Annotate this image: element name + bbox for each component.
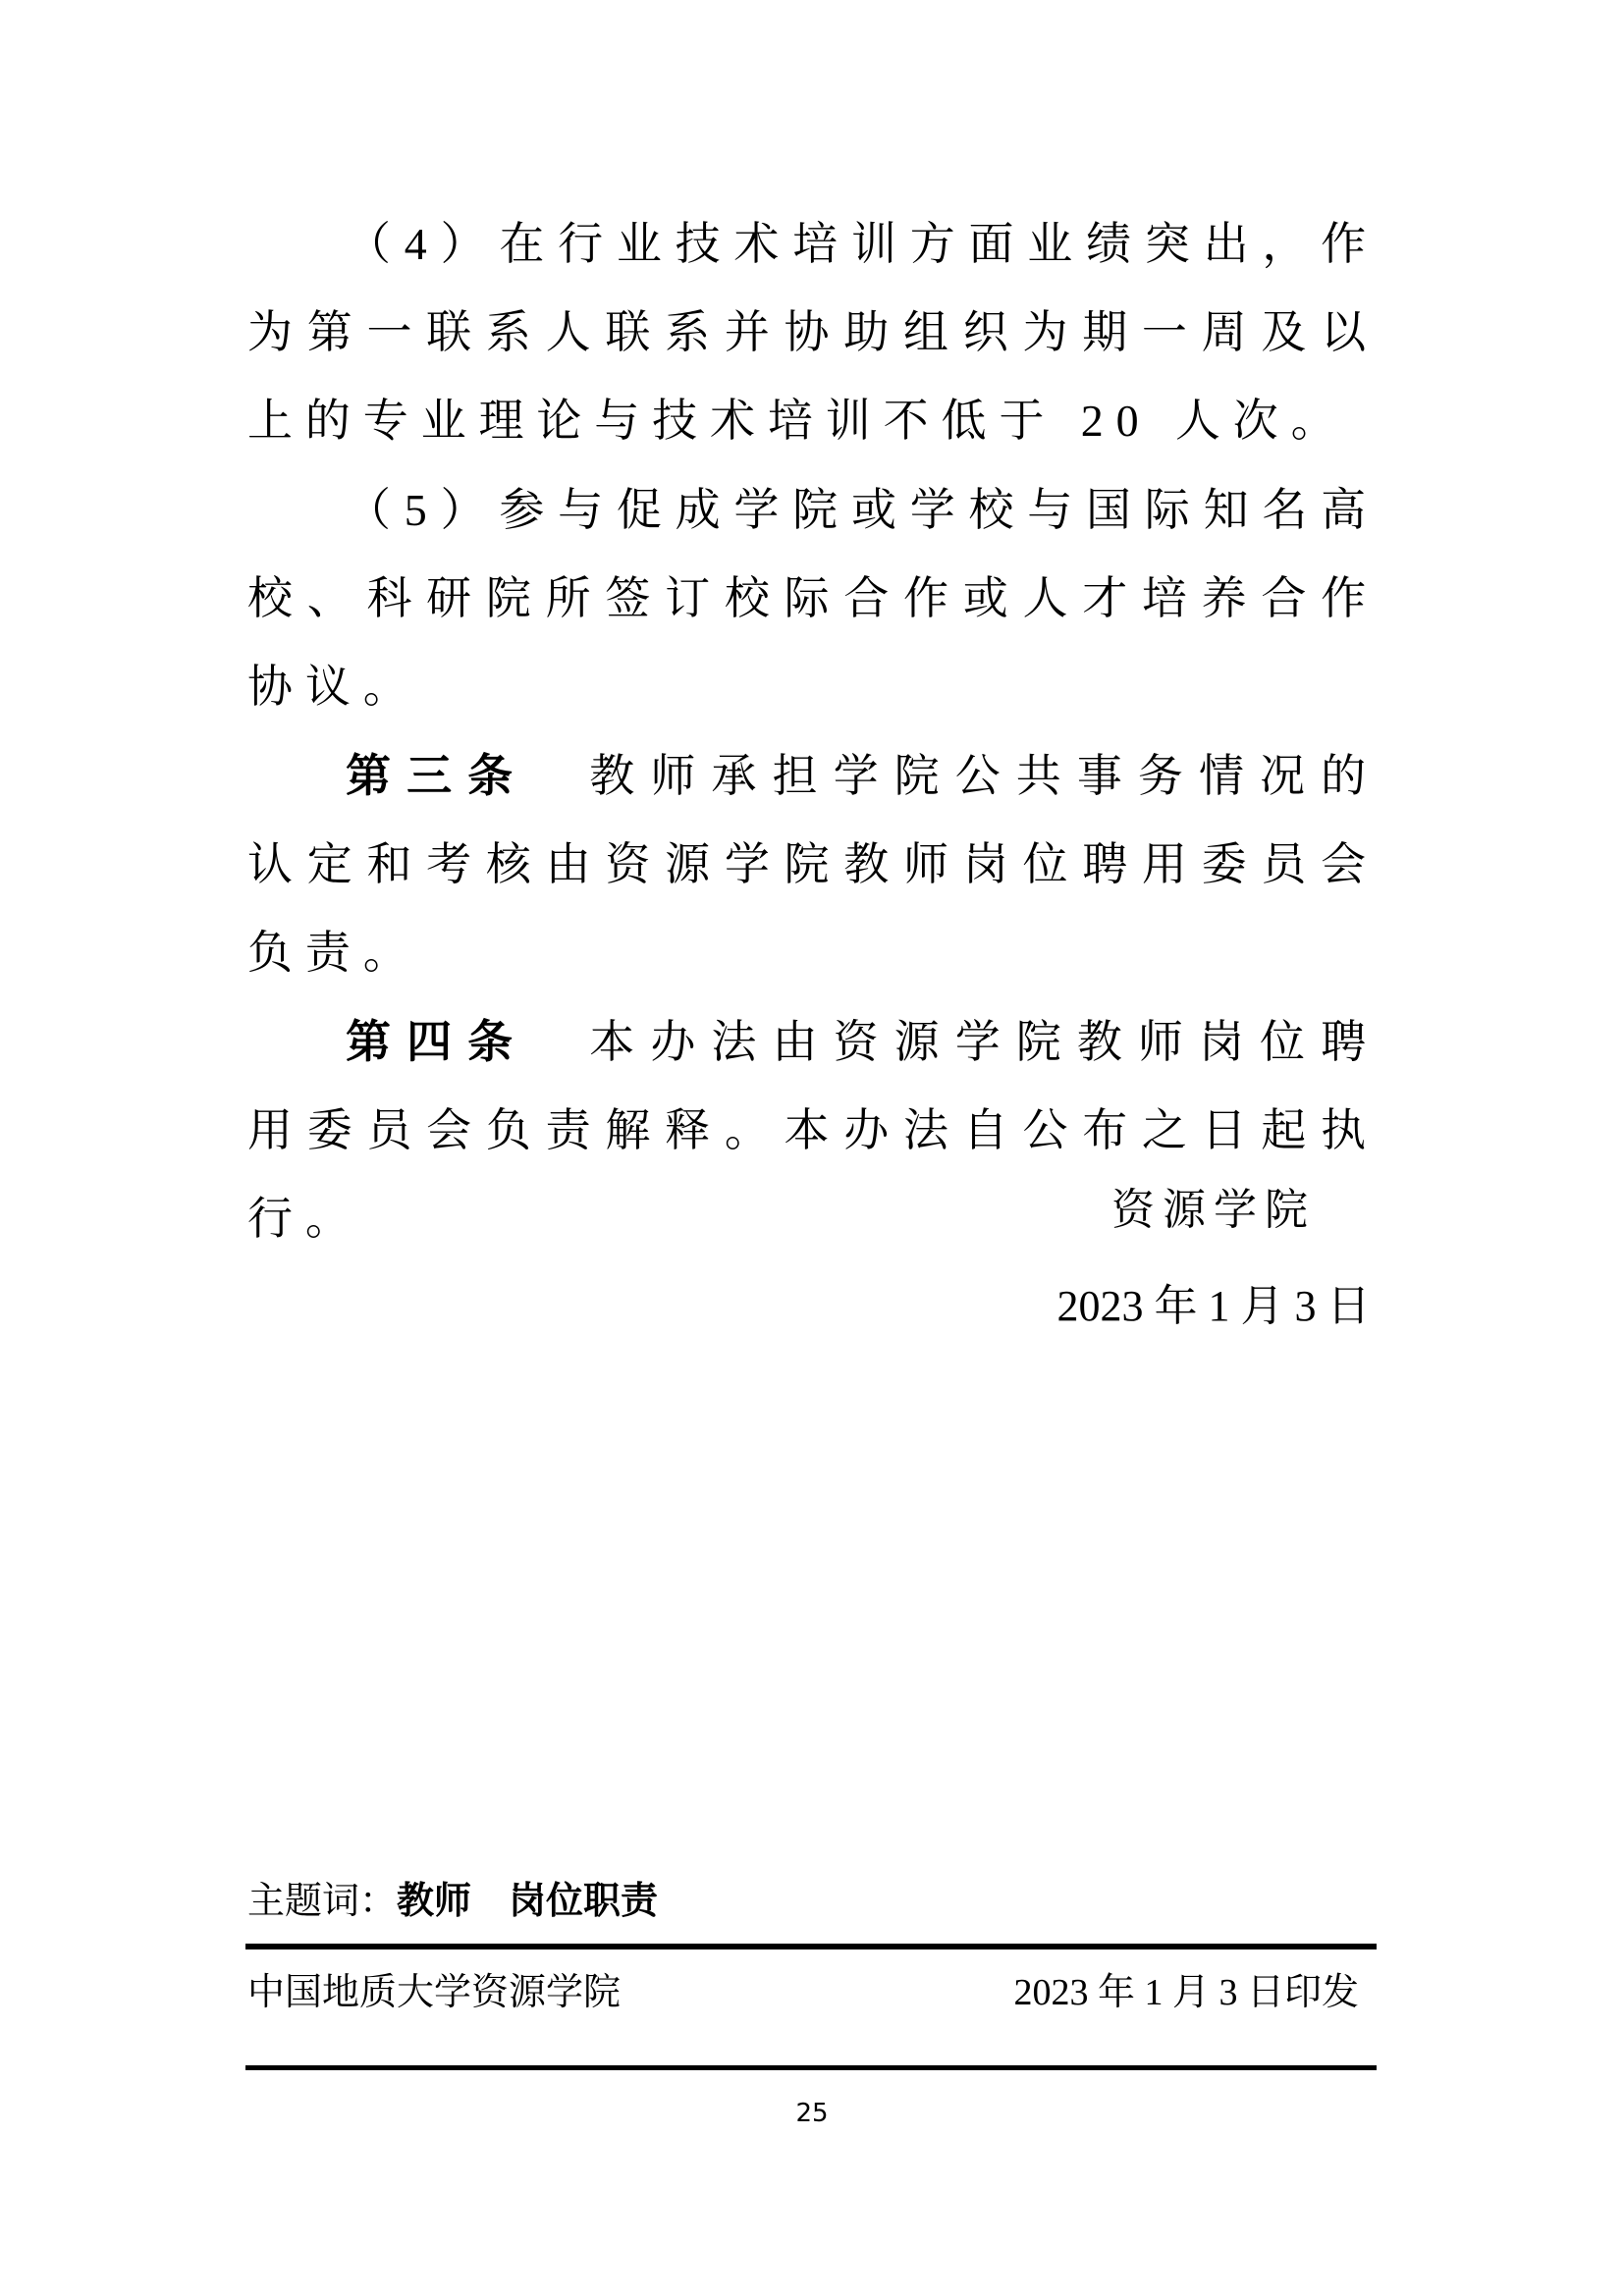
signature-date: 2023 年 1 月 3 日 [982, 1270, 1445, 1333]
signature-block: 资源学院 2023 年 1 月 3 日 [982, 1174, 1445, 1341]
subject-words-label: 主题词： [247, 1881, 397, 1922]
document-page: （4）在行业技术培训方面业绩突出，作为第一联系人联系并协助组织为期一周及以上的专… [0, 0, 1624, 2296]
paragraph-text: （4）在行业技术培训方面业绩突出，作为第一联系人联系并协助组织为期一周及以上的专… [247, 219, 1379, 446]
subject-words-terms: 教师 岗位职责 [397, 1881, 658, 1922]
footer-rule-top [245, 1944, 1377, 1949]
document-body: （4）在行业技术培训方面业绩突出，作为第一联系人联系并协助组织为期一周及以上的专… [247, 199, 1379, 1263]
body-paragraph-5: （5）参与促成学院或学校与国际知名高校、科研院所签订校际合作或人才培养合作协议。 [247, 465, 1379, 731]
footer-issuer: 中国地质大学资源学院 [247, 1969, 621, 2016]
subject-words-line: 主题词：教师 岗位职责 [247, 1878, 1379, 1925]
footer-rule-bottom [245, 2065, 1377, 2070]
clause-number: 第四条 [346, 1016, 528, 1067]
footer-issue-date: 2023 年 1 月 3 日印发 [1013, 1969, 1377, 2016]
signature-org: 资源学院 [982, 1174, 1445, 1237]
paragraph-text: （5）参与促成学院或学校与国际知名高校、科研院所签订校际合作或人才培养合作协议。 [247, 485, 1379, 712]
body-paragraph-4: （4）在行业技术培训方面业绩突出，作为第一联系人联系并协助组织为期一周及以上的专… [247, 199, 1379, 465]
page-number: 25 [0, 2099, 1624, 2128]
footer-issuer-row: 中国地质大学资源学院 2023 年 1 月 3 日印发 [247, 1969, 1377, 2016]
body-paragraph-article-3: 第三条 教师承担学院公共事务情况的认定和考核由资源学院教师岗位聘用委员会负责。 [247, 731, 1379, 997]
clause-number: 第三条 [346, 750, 528, 801]
